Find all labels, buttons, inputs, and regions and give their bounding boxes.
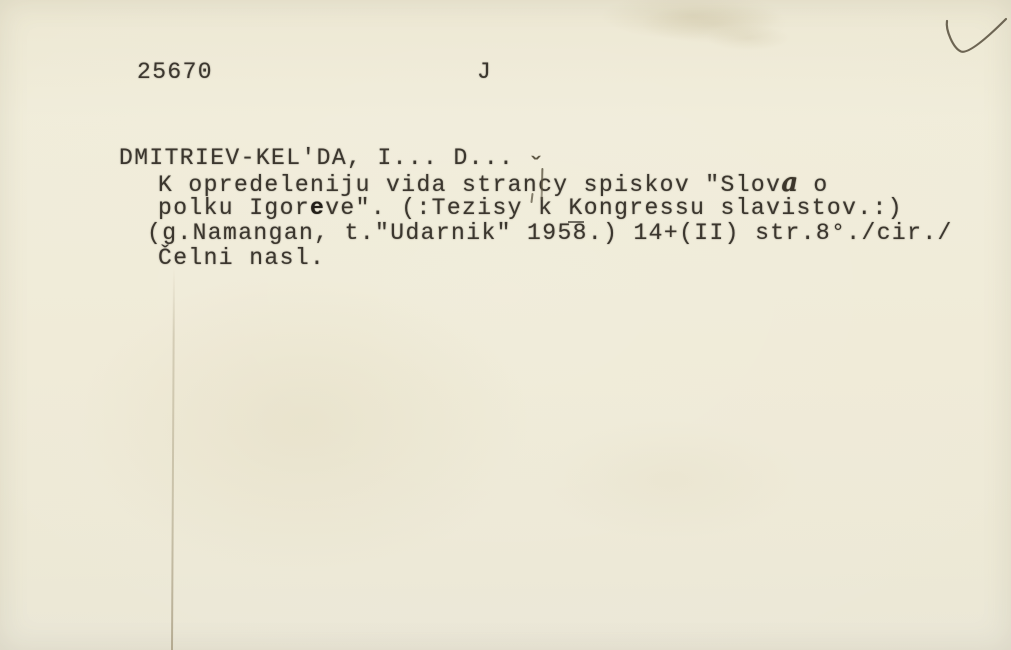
handwritten-checkmark-icon xyxy=(938,14,1010,62)
inked-letter-e: e xyxy=(310,195,325,221)
handwritten-letter-a: a xyxy=(781,168,798,198)
paper-smudge xyxy=(540,420,800,540)
catalog-card: 25670 J DMITRIEV-KEL'DA, I... D... K opr… xyxy=(0,0,1011,650)
imprint-line: (g.Namangan, t."Udarnik" 1958.) 14+(II) … xyxy=(147,221,953,246)
paper-crease xyxy=(171,268,175,650)
underlined-letter-k: K xyxy=(568,195,583,223)
section-letter: J xyxy=(477,60,492,85)
accession-number: 25670 xyxy=(137,60,213,85)
title-line-1: K opredeleniju vida strancy spiskov "Slo… xyxy=(158,171,829,198)
entry-heading-author: DMITRIEV-KEL'DA, I... D... xyxy=(119,146,514,171)
title-line-2-part1: polku Igor xyxy=(158,195,310,221)
note-line: Čelni nasl. xyxy=(158,246,325,271)
title-line-2-part3: ongressu slavistov.:) xyxy=(584,195,903,221)
paper-smudge xyxy=(640,4,790,44)
